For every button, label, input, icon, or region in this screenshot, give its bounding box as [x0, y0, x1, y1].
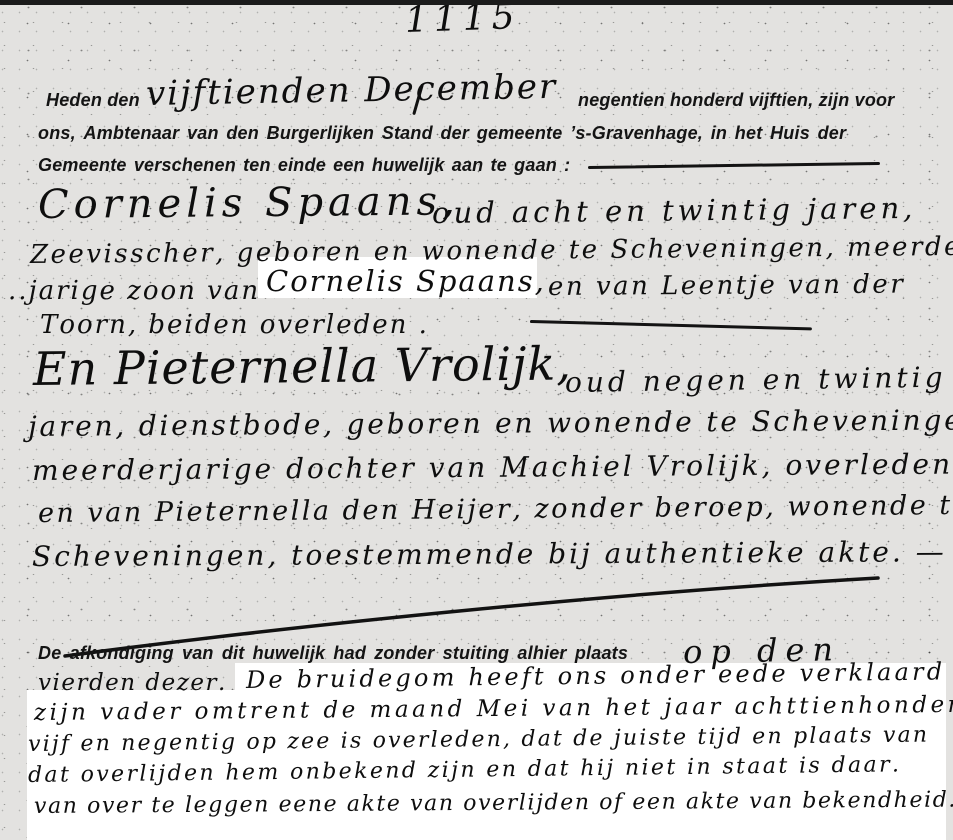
groom-line3-suffix: en van Leentje van der: [548, 270, 905, 302]
printed-intro-year: negentien honderd vijftien, zijn voor: [578, 90, 894, 111]
bride-line4: en van Pieternella den Heijer, zonder be…: [38, 490, 953, 529]
bride-line2: jaren, dienstbode, geboren en wonende te…: [28, 403, 953, 443]
document-scan: 1115 Heden den vijftienden December nege…: [0, 0, 953, 840]
printed-announcement: De afkondiging van dit huwelijk had zond…: [38, 643, 628, 664]
bride-name: En Pieternella Vrolijk,: [33, 336, 572, 396]
groom-line3-prefix: ..jarige zoon van: [8, 276, 260, 306]
declaration-line1-prefix: vierden dezer.: [38, 670, 227, 696]
printed-intro-line2: ons, Ambtenaar van den Burgerlijken Stan…: [38, 123, 846, 144]
blank-filler-rule: [588, 162, 880, 169]
groom-father-name-highlighted: Cornelis Spaans,: [266, 264, 546, 298]
groom-line1-rest: oud acht en twintig jaren,: [432, 191, 917, 230]
groom-line4: Toorn, beiden overleden .: [40, 310, 429, 340]
bride-line1-rest: oud negen en twintig: [565, 361, 947, 399]
scan-edge-top: [0, 0, 953, 5]
act-number: 1115: [404, 0, 521, 41]
groom-name: Cornelis Spaans,: [38, 178, 460, 228]
printed-intro-start: Heden den: [46, 90, 140, 111]
printed-intro-line2-b: in het Huis der: [703, 123, 846, 143]
printed-intro-line3: Gemeente verschenen ten einde een huweli…: [38, 155, 570, 176]
printed-city-name: ’s-Gravenhage,: [570, 123, 703, 143]
handwritten-date: vijftienden December: [146, 67, 558, 114]
blank-filler-rule-2: [530, 320, 812, 330]
printed-intro-line2-a: ons, Ambtenaar van den Burgerlijken Stan…: [38, 123, 570, 143]
bride-line3: meerderjarige dochter van Machiel Vrolij…: [32, 448, 953, 487]
